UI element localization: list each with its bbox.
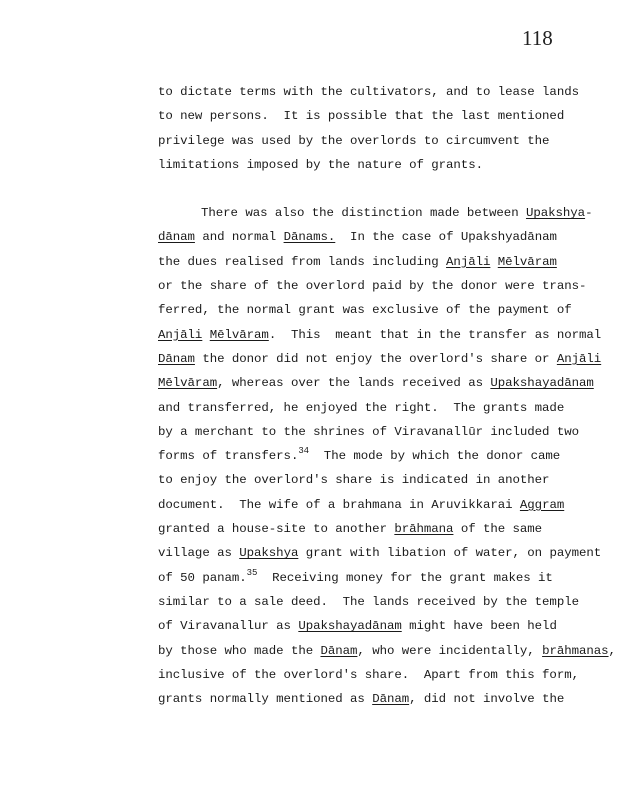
text-line: village as Upakshya grant with libation … xyxy=(158,543,618,567)
footnote-ref: 35 xyxy=(247,568,258,578)
underlined-term: Dānam xyxy=(158,352,195,366)
text-run: , xyxy=(609,644,616,658)
text-run: There was also the distinction made betw… xyxy=(201,206,526,220)
underlined-term: Aggram xyxy=(520,498,564,512)
text-run: The mode by which the donor came xyxy=(309,449,560,463)
text-line: privilege was used by the overlords to c… xyxy=(158,131,618,155)
text-run: and transferred, he enjoyed the right. T… xyxy=(158,401,564,415)
text-run xyxy=(490,255,497,269)
underlined-term: dānam xyxy=(158,230,195,244)
text-run: document. The wife of a brahmana in Aruv… xyxy=(158,498,520,512)
text-run: to new persons. It is possible that the … xyxy=(158,109,564,123)
text-line: to enjoy the overlord's share is indicat… xyxy=(158,470,618,494)
text-run: of 50 panam. xyxy=(158,571,247,585)
text-run: , did not involve the xyxy=(409,692,564,706)
text-run: by those who made the xyxy=(158,644,320,658)
text-line: the dues realised from lands including A… xyxy=(158,252,618,276)
text-run: village as xyxy=(158,546,239,560)
text-line: of Viravanallur as Upakshayadānam might … xyxy=(158,616,618,640)
underlined-term: Upakshya xyxy=(526,206,585,220)
text-line: granted a house-site to another brāhmana… xyxy=(158,519,618,543)
document-body: to dictate terms with the cultivators, a… xyxy=(158,82,618,713)
text-line: to dictate terms with the cultivators, a… xyxy=(158,82,618,106)
text-run: by a merchant to the shrines of Viravana… xyxy=(158,425,579,439)
text-line: grants normally mentioned as Dānam, did … xyxy=(158,689,618,713)
underlined-term: brāhmana xyxy=(394,522,453,536)
text-run: grants normally mentioned as xyxy=(158,692,372,706)
text-line: or the share of the overlord paid by the… xyxy=(158,276,618,300)
underlined-term: Anjāli xyxy=(158,328,202,342)
underlined-term: Anjāli xyxy=(557,352,601,366)
underlined-term: Upakshayadānam xyxy=(490,376,593,390)
text-line: and transferred, he enjoyed the right. T… xyxy=(158,398,618,422)
text-run xyxy=(202,328,209,342)
text-run: - xyxy=(585,206,592,220)
text-line: inclusive of the overlord's share. Apart… xyxy=(158,665,618,689)
text-line: by a merchant to the shrines of Viravana… xyxy=(158,422,618,446)
text-run: ferred, the normal grant was exclusive o… xyxy=(158,303,572,317)
text-line: Mēlvāram, whereas over the lands receive… xyxy=(158,373,618,397)
text-line: ferred, the normal grant was exclusive o… xyxy=(158,300,618,324)
footnote-ref: 34 xyxy=(298,446,309,456)
underlined-term: Dānam xyxy=(372,692,409,706)
underlined-term: Mēlvāram xyxy=(158,376,217,390)
text-run: and normal xyxy=(195,230,284,244)
text-run: In the case of Upakshyadānam xyxy=(335,230,557,244)
text-run: or the share of the overlord paid by the… xyxy=(158,279,586,293)
text-line: Anjāli Mēlvāram. This meant that in the … xyxy=(158,325,618,349)
text-line: dānam and normal Dānams. In the case of … xyxy=(158,227,618,251)
text-run: , who were incidentally, xyxy=(357,644,542,658)
underlined-term: Upakshayadānam xyxy=(298,619,401,633)
text-line: Dānam the donor did not enjoy the overlo… xyxy=(158,349,618,373)
text-run: privilege was used by the overlords to c… xyxy=(158,134,549,148)
text-run: Receiving money for the grant makes it xyxy=(257,571,552,585)
text-run: , whereas over the lands received as xyxy=(217,376,490,390)
underlined-term: Anjāli xyxy=(446,255,490,269)
text-run: of the same xyxy=(453,522,542,536)
underlined-term: Mēlvāram xyxy=(210,328,269,342)
paragraph: There was also the distinction made betw… xyxy=(158,203,618,713)
page-number: 118 xyxy=(522,26,553,51)
text-run: might have been held xyxy=(402,619,557,633)
text-run: the donor did not enjoy the overlord's s… xyxy=(195,352,557,366)
text-line: There was also the distinction made betw… xyxy=(158,203,618,227)
text-run: . This meant that in the transfer as nor… xyxy=(269,328,601,342)
text-run: the dues realised from lands including xyxy=(158,255,446,269)
paragraph: to dictate terms with the cultivators, a… xyxy=(158,82,618,179)
text-line: similar to a sale deed. The lands receiv… xyxy=(158,592,618,616)
text-line: of 50 panam.35 Receiving money for the g… xyxy=(158,568,618,592)
paragraph-gap xyxy=(158,179,618,203)
text-run: grant with libation of water, on payment xyxy=(298,546,601,560)
text-run: granted a house-site to another xyxy=(158,522,394,536)
text-run: inclusive of the overlord's share. Apart… xyxy=(158,668,579,682)
underlined-term: Dānam xyxy=(320,644,357,658)
text-run: to enjoy the overlord's share is indicat… xyxy=(158,473,549,487)
underlined-term: Dānams. xyxy=(284,230,336,244)
underlined-term: Upakshya xyxy=(239,546,298,560)
text-run: similar to a sale deed. The lands receiv… xyxy=(158,595,579,609)
text-run: limitations imposed by the nature of gra… xyxy=(158,158,483,172)
text-line: to new persons. It is possible that the … xyxy=(158,106,618,130)
underlined-term: Mēlvāram xyxy=(498,255,557,269)
text-run: of Viravanallur as xyxy=(158,619,298,633)
text-line: document. The wife of a brahmana in Aruv… xyxy=(158,495,618,519)
text-line: by those who made the Dānam, who were in… xyxy=(158,641,618,665)
text-run: forms of transfers. xyxy=(158,449,298,463)
text-line: limitations imposed by the nature of gra… xyxy=(158,155,618,179)
underlined-term: brāhmanas xyxy=(542,644,608,658)
text-run: to dictate terms with the cultivators, a… xyxy=(158,85,579,99)
text-line: forms of transfers.34 The mode by which … xyxy=(158,446,618,470)
